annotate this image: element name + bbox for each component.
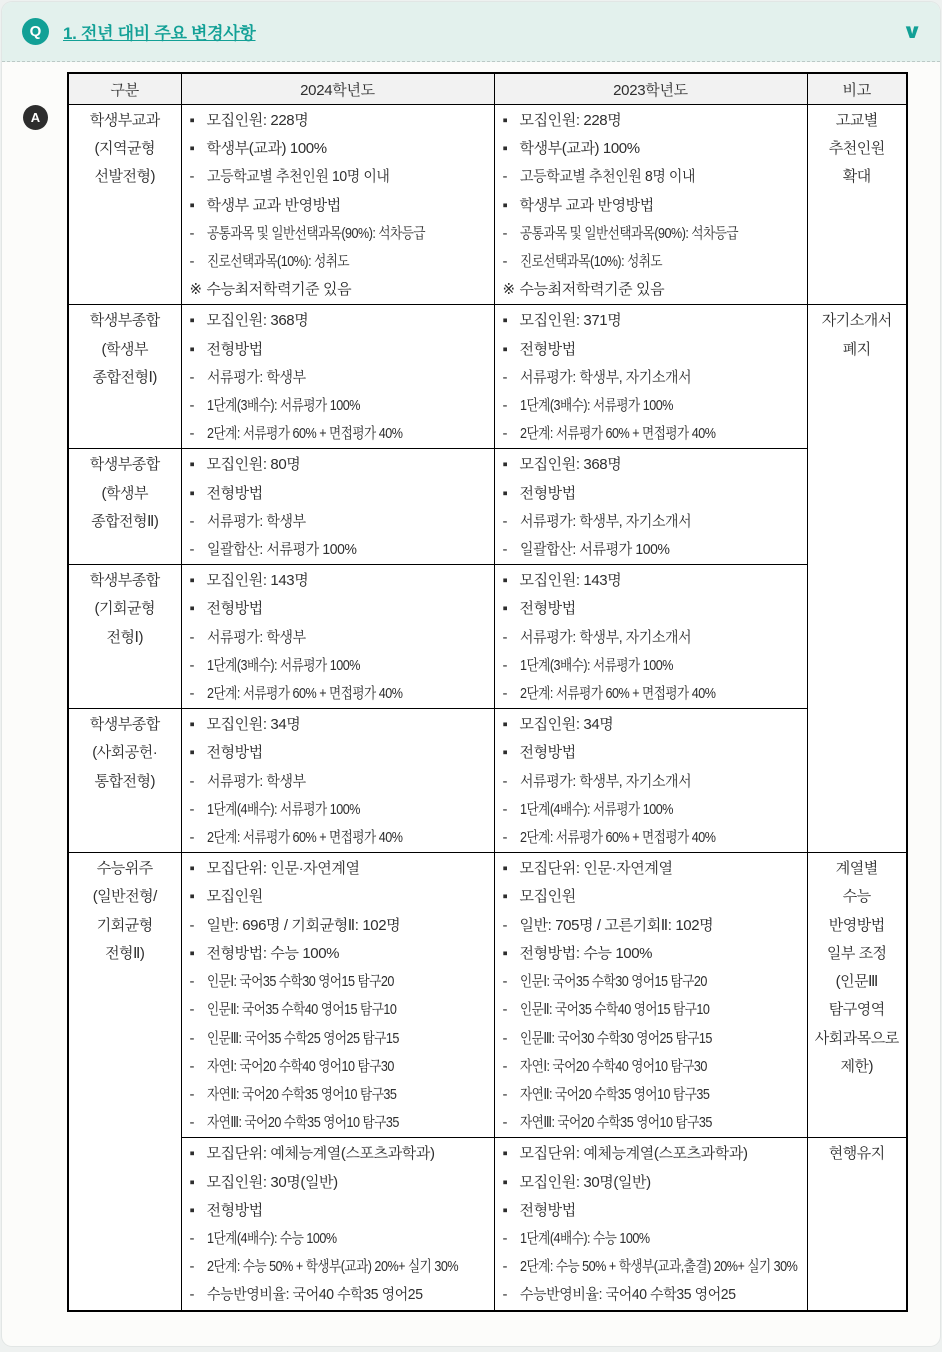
content-text: 서류평가: 학생부 xyxy=(207,508,306,536)
content-line: ▪전형방법 xyxy=(190,1197,492,1225)
content-line: ▪전형방법: 수능 100% xyxy=(503,940,805,968)
bullet-marker: ▪ xyxy=(503,135,520,163)
bullet-marker: - xyxy=(503,680,520,708)
bullet-marker: ▪ xyxy=(190,135,207,163)
content-text: 전형방법 xyxy=(207,739,263,767)
category-line: 종합전형Ⅱ) xyxy=(69,508,181,536)
content-line: -2단계: 서류평가 60% + 면접평가 40% xyxy=(190,680,492,708)
content-line: -자연Ⅱ: 국어20 수학35 영어10 탐구35 xyxy=(190,1081,492,1109)
note-line: 제한) xyxy=(808,1053,907,1081)
bullet-marker: ▪ xyxy=(190,567,207,595)
bullet-marker: - xyxy=(190,364,207,392)
content-text: 자연Ⅱ: 국어20 수학35 영어10 탐구35 xyxy=(520,1081,709,1109)
bullet-marker: ▪ xyxy=(503,107,520,135)
content-line: -1단계(4배수): 수능 100% xyxy=(190,1225,492,1253)
table-row: 학생부종합(학생부종합전형Ⅰ)▪모집인원: 368명▪전형방법-서류평가: 학생… xyxy=(68,305,907,449)
bullet-marker: - xyxy=(190,248,207,276)
bullet-marker: - xyxy=(503,1225,520,1253)
content-text: 1단계(4배수): 서류평가 100% xyxy=(207,796,360,824)
bullet-marker: ▪ xyxy=(190,855,207,883)
bullet-marker: ▪ xyxy=(503,1169,520,1197)
content-text: 전형방법 xyxy=(520,595,576,623)
content-line: -서류평가: 학생부 xyxy=(190,364,492,392)
category-line: 학생부종합 xyxy=(69,307,181,335)
bullet-marker: - xyxy=(503,1081,520,1109)
note-cell: 자기소개서폐지 xyxy=(807,305,907,853)
content-text: 모집단위: 예체능계열(스포츠과학과) xyxy=(520,1140,748,1168)
bullet-marker: - xyxy=(503,968,520,996)
category-line: 선발전형) xyxy=(69,163,181,191)
content-line: -인문Ⅱ: 국어35 수학40 영어15 탐구10 xyxy=(503,996,805,1024)
bullet-marker: - xyxy=(190,1253,207,1281)
content-text: 서류평가: 학생부 xyxy=(207,768,306,796)
bullet-marker: ▪ xyxy=(503,451,520,479)
bullet-marker: ▪ xyxy=(190,711,207,739)
content-line: -수능반영비율: 국어40 수학35 영어25 xyxy=(503,1281,805,1309)
content-text: 1단계(4배수): 수능 100% xyxy=(520,1225,650,1253)
bullet-marker: - xyxy=(503,796,520,824)
cell-2023: ▪모집인원: 371명▪전형방법-서류평가: 학생부, 자기소개서-1단계(3배… xyxy=(494,305,807,449)
bullet-marker: ▪ xyxy=(503,940,520,968)
category-line: (학생부 xyxy=(69,480,181,508)
bullet-marker: - xyxy=(190,1053,207,1081)
content-text: 일반: 696명 / 기회균형Ⅱ: 102명 xyxy=(207,912,401,940)
bullet-marker: - xyxy=(503,420,520,448)
content-text: 진로선택과목(10%): 성취도 xyxy=(207,248,349,276)
content-text: 공통과목 및 일반선택과목(90%): 석차등급 xyxy=(207,220,425,248)
note-cell: 현행유지 xyxy=(807,1138,907,1311)
bullet-marker: - xyxy=(190,796,207,824)
note-line: 자기소개서 xyxy=(808,307,907,335)
table-body: 학생부교과(지역균형선발전형)▪모집인원: 228명▪학생부(교과) 100%-… xyxy=(68,105,907,1311)
content-line: -2단계: 서류평가 60% + 면접평가 40% xyxy=(503,420,805,448)
content-text: 일괄합산: 서류평가 100% xyxy=(207,536,357,564)
bullet-marker: - xyxy=(503,996,520,1024)
bullet-marker: - xyxy=(190,163,207,191)
content-text: 자연Ⅰ: 국어20 수학40 영어10 탐구30 xyxy=(520,1053,707,1081)
note-line: 폐지 xyxy=(808,336,907,364)
category-line: 종합전형Ⅰ) xyxy=(69,364,181,392)
bullet-marker: - xyxy=(190,1109,207,1137)
table-row: ▪모집단위: 예체능계열(스포츠과학과)▪모집인원: 30명(일반)▪전형방법-… xyxy=(68,1138,907,1311)
table-row: 학생부종합(사회공헌·통합전형)▪모집인원: 34명▪전형방법-서류평가: 학생… xyxy=(68,709,907,853)
content-text: 모집인원: 371명 xyxy=(520,307,622,335)
bullet-marker: - xyxy=(503,364,520,392)
content-line: -서류평가: 학생부 xyxy=(190,624,492,652)
content-text: 학생부(교과) 100% xyxy=(207,135,327,163)
bullet-marker: - xyxy=(190,1025,207,1053)
bullet-marker: ▪ xyxy=(503,480,520,508)
content-line: -고등학교별 추천인원 8명 이내 xyxy=(503,163,805,191)
cell-2023: ▪모집단위: 예체능계열(스포츠과학과)▪모집인원: 30명(일반)▪전형방법-… xyxy=(494,1138,807,1311)
category-line: 학생부종합 xyxy=(69,451,181,479)
content-line: ▪모집인원: 30명(일반) xyxy=(503,1169,805,1197)
content-line: ▪모집인원: 228명 xyxy=(190,107,492,135)
content-line: ▪전형방법 xyxy=(190,480,492,508)
category-cell: 학생부종합(기회균형전형Ⅰ) xyxy=(68,565,181,709)
content-line: ▪모집인원 xyxy=(503,883,805,911)
bullet-marker: ▪ xyxy=(503,739,520,767)
content-line: -2단계: 서류평가 60% + 면접평가 40% xyxy=(190,420,492,448)
bullet-marker: - xyxy=(503,652,520,680)
content-line: -1단계(4배수): 서류평가 100% xyxy=(503,796,805,824)
content-line: -인문Ⅰ: 국어35 수학30 영어15 탐구20 xyxy=(190,968,492,996)
bullet-marker: - xyxy=(190,1081,207,1109)
category-line: (학생부 xyxy=(69,336,181,364)
content-text: 학생부 교과 반영방법 xyxy=(207,192,341,220)
content-line: ▪모집인원: 143명 xyxy=(190,567,492,595)
content-line: -자연Ⅲ: 국어20 수학35 영어10 탐구35 xyxy=(503,1109,805,1137)
bullet-marker: - xyxy=(190,768,207,796)
category-line: 학생부교과 xyxy=(69,107,181,135)
bullet-marker: ▪ xyxy=(503,336,520,364)
content-line: ▪모집인원: 80명 xyxy=(190,451,492,479)
category-line: (지역균형 xyxy=(69,135,181,163)
content-text: 모집인원 xyxy=(520,883,576,911)
bullet-marker: ▪ xyxy=(503,1197,520,1225)
bullet-marker: ▪ xyxy=(190,336,207,364)
content-text: 모집단위: 인문·자연계열 xyxy=(207,855,360,883)
content-text: 모집인원: 80명 xyxy=(207,451,301,479)
content-text: 서류평가: 학생부, 자기소개서 xyxy=(520,624,691,652)
content-text: 수능반영비율: 국어40 수학35 영어25 xyxy=(520,1281,736,1309)
cell-2024: ▪모집인원: 228명▪학생부(교과) 100%-고등학교별 추천인원 10명 … xyxy=(181,105,494,305)
bullet-marker: ▪ xyxy=(503,192,520,220)
question-badge: Q xyxy=(22,18,49,45)
content-line: ▪모집인원: 228명 xyxy=(503,107,805,135)
bullet-marker: - xyxy=(190,912,207,940)
content-line: ※수능최저학력기준 있음 xyxy=(190,276,492,304)
bullet-marker: - xyxy=(503,824,520,852)
bullet-marker: - xyxy=(190,968,207,996)
table-row: 수능위주(일반전형/기회균형전형Ⅱ)▪모집단위: 인문·자연계열▪모집인원-일반… xyxy=(68,853,907,1138)
category-line: 학생부종합 xyxy=(69,567,181,595)
content-line: -서류평가: 학생부 xyxy=(190,768,492,796)
note-line: 수능 xyxy=(808,883,907,911)
bullet-marker: ▪ xyxy=(503,1140,520,1168)
content-text: 고등학교별 추천인원 8명 이내 xyxy=(520,163,695,191)
bullet-marker: ▪ xyxy=(190,480,207,508)
content-text: 모집인원: 368명 xyxy=(520,451,622,479)
content-line: ▪전형방법 xyxy=(190,336,492,364)
content-text: 고등학교별 추천인원 10명 이내 xyxy=(207,163,390,191)
note-line: 반영방법 xyxy=(808,912,907,940)
content-text: 인문Ⅱ: 국어35 수학40 영어15 탐구10 xyxy=(520,996,709,1024)
content-text: 모집인원: 143명 xyxy=(520,567,622,595)
cell-2024: ▪모집인원: 34명▪전형방법-서류평가: 학생부-1단계(4배수): 서류평가… xyxy=(181,709,494,853)
answer-badge-label: A xyxy=(31,110,40,125)
content-line: -일괄합산: 서류평가 100% xyxy=(190,536,492,564)
content-text: 자연Ⅰ: 국어20 수학40 영어10 탐구30 xyxy=(207,1053,394,1081)
content-text: 서류평가: 학생부, 자기소개서 xyxy=(520,364,691,392)
content-line: -서류평가: 학생부, 자기소개서 xyxy=(503,508,805,536)
content-text: 인문Ⅰ: 국어35 수학30 영어15 탐구20 xyxy=(520,968,707,996)
content-text: 2단계: 서류평가 60% + 면접평가 40% xyxy=(520,420,715,448)
column-header-2023: 2023학년도 xyxy=(494,73,807,105)
content-line: -1단계(3배수): 서류평가 100% xyxy=(503,392,805,420)
content-text: 2단계: 수능 50% + 학생부(교과) 20%+ 실기 30% xyxy=(207,1253,458,1281)
content-text: 모집인원: 143명 xyxy=(207,567,309,595)
content-line: -자연Ⅲ: 국어20 수학35 영어10 탐구35 xyxy=(190,1109,492,1137)
note-cell: 고교별추천인원확대 xyxy=(807,105,907,305)
note-line: 확대 xyxy=(808,163,907,191)
content-line: ▪모집단위: 인문·자연계열 xyxy=(190,855,492,883)
content-line: ▪모집인원: 34명 xyxy=(503,711,805,739)
content-line: -인문Ⅱ: 국어35 수학40 영어15 탐구10 xyxy=(190,996,492,1024)
cell-2023: ▪모집인원: 228명▪학생부(교과) 100%-고등학교별 추천인원 8명 이… xyxy=(494,105,807,305)
bullet-marker: - xyxy=(190,392,207,420)
content-line: ▪모집인원: 143명 xyxy=(503,567,805,595)
column-header-note: 비고 xyxy=(807,73,907,105)
content-line: -자연Ⅱ: 국어20 수학35 영어10 탐구35 xyxy=(503,1081,805,1109)
bullet-marker: ※ xyxy=(190,276,207,304)
content-text: 일반: 705명 / 고른기회Ⅱ: 102명 xyxy=(520,912,714,940)
content-line: -1단계(3배수): 서류평가 100% xyxy=(190,652,492,680)
content-text: 전형방법: 수능 100% xyxy=(207,940,340,968)
changes-table: 구분 2024학년도 2023학년도 비고 학생부교과(지역균형선발전형)▪모집… xyxy=(67,72,908,1312)
cell-2023: ▪모집인원: 143명▪전형방법-서류평가: 학생부, 자기소개서-1단계(3배… xyxy=(494,565,807,709)
content-text: 인문Ⅲ: 국어30 수학30 영어25 탐구15 xyxy=(520,1025,712,1053)
content-text: 1단계(3배수): 서류평가 100% xyxy=(520,392,673,420)
bullet-marker: - xyxy=(190,652,207,680)
content-text: 2단계: 서류평가 60% + 면접평가 40% xyxy=(207,824,402,852)
content-text: 모집인원 xyxy=(207,883,263,911)
bullet-marker: - xyxy=(190,420,207,448)
bullet-marker: ▪ xyxy=(190,1169,207,1197)
content-text: 자연Ⅲ: 국어20 수학35 영어10 탐구35 xyxy=(207,1109,399,1137)
bullet-marker: ▪ xyxy=(190,883,207,911)
answer-badge: A xyxy=(23,105,48,130)
bullet-marker: - xyxy=(503,220,520,248)
content-line: -2단계: 서류평가 60% + 면접평가 40% xyxy=(503,680,805,708)
bullet-marker: - xyxy=(190,536,207,564)
content-line: -서류평가: 학생부 xyxy=(190,508,492,536)
content-text: 학생부 교과 반영방법 xyxy=(520,192,654,220)
content-text: 전형방법 xyxy=(520,739,576,767)
content-text: 수능최저학력기준 있음 xyxy=(520,276,665,304)
content-text: 모집인원: 368명 xyxy=(207,307,309,335)
content-text: 모집인원: 30명(일반) xyxy=(207,1169,338,1197)
bullet-marker: ▪ xyxy=(190,1197,207,1225)
note-line: 현행유지 xyxy=(808,1140,907,1168)
content-line: ▪학생부(교과) 100% xyxy=(190,135,492,163)
content-line: ▪모집인원 xyxy=(190,883,492,911)
bullet-marker: - xyxy=(503,1253,520,1281)
category-line: 통합전형) xyxy=(69,768,181,796)
note-line: 계열별 xyxy=(808,855,907,883)
content-text: 수능반영비율: 국어40 수학35 영어25 xyxy=(207,1281,423,1309)
note-cell: 계열별수능반영방법일부 조정(인문Ⅲ탐구영역사회과목으로제한) xyxy=(807,853,907,1138)
bullet-marker: - xyxy=(503,392,520,420)
content-line: ▪전형방법: 수능 100% xyxy=(190,940,492,968)
content-text: 1단계(4배수): 서류평가 100% xyxy=(520,796,673,824)
chevron-down-icon[interactable]: ∨ xyxy=(902,22,922,42)
bullet-marker: ▪ xyxy=(503,855,520,883)
note-line: 사회과목으로 xyxy=(808,1025,907,1053)
content-text: 인문Ⅲ: 국어35 수학25 영어25 탐구15 xyxy=(207,1025,399,1053)
category-line: (기회균형 xyxy=(69,595,181,623)
bullet-marker: - xyxy=(190,996,207,1024)
table-row: 학생부종합(기회균형전형Ⅰ)▪모집인원: 143명▪전형방법-서류평가: 학생부… xyxy=(68,565,907,709)
bullet-marker: - xyxy=(190,220,207,248)
content-line: -서류평가: 학생부, 자기소개서 xyxy=(503,624,805,652)
bullet-marker: - xyxy=(503,508,520,536)
category-line: (사회공헌· xyxy=(69,739,181,767)
content-line: ▪학생부 교과 반영방법 xyxy=(190,192,492,220)
column-header-2024: 2024학년도 xyxy=(181,73,494,105)
content-text: 서류평가: 학생부 xyxy=(207,624,306,652)
content-line: ▪모집인원: 30명(일반) xyxy=(190,1169,492,1197)
content-text: 모집단위: 인문·자연계열 xyxy=(520,855,673,883)
bullet-marker: - xyxy=(190,624,207,652)
category-cell: 학생부종합(사회공헌·통합전형) xyxy=(68,709,181,853)
category-cell: 학생부교과(지역균형선발전형) xyxy=(68,105,181,305)
bullet-marker: ▪ xyxy=(190,107,207,135)
content-text: 공통과목 및 일반선택과목(90%): 석차등급 xyxy=(520,220,738,248)
bullet-marker: ▪ xyxy=(503,595,520,623)
question-title[interactable]: 1. 전년 대비 주요 변경사항 xyxy=(63,19,256,44)
content-line: ▪전형방법 xyxy=(503,1197,805,1225)
note-line: (인문Ⅲ xyxy=(808,968,907,996)
content-text: 자연Ⅱ: 국어20 수학35 영어10 탐구35 xyxy=(207,1081,396,1109)
content-text: 1단계(4배수): 수능 100% xyxy=(207,1225,337,1253)
content-line: -수능반영비율: 국어40 수학35 영어25 xyxy=(190,1281,492,1309)
content-line: ▪전형방법 xyxy=(503,336,805,364)
content-line: ▪전형방법 xyxy=(503,595,805,623)
bullet-marker: - xyxy=(503,1109,520,1137)
bullet-marker: ▪ xyxy=(503,567,520,595)
bullet-marker: ▪ xyxy=(190,595,207,623)
bullet-marker: ※ xyxy=(503,276,520,304)
bullet-marker: ▪ xyxy=(190,307,207,335)
content-text: 학생부(교과) 100% xyxy=(520,135,640,163)
content-text: 인문Ⅱ: 국어35 수학40 영어15 탐구10 xyxy=(207,996,396,1024)
content-line: ▪전형방법 xyxy=(190,739,492,767)
content-line: ▪학생부(교과) 100% xyxy=(503,135,805,163)
bullet-marker: - xyxy=(503,536,520,564)
cell-2024: ▪모집인원: 143명▪전형방법-서류평가: 학생부-1단계(3배수): 서류평… xyxy=(181,565,494,709)
content-line: -일괄합산: 서류평가 100% xyxy=(503,536,805,564)
content-text: 2단계: 서류평가 60% + 면접평가 40% xyxy=(520,680,715,708)
content-text: 2단계: 서류평가 60% + 면접평가 40% xyxy=(520,824,715,852)
bullet-marker: ▪ xyxy=(190,739,207,767)
bullet-marker: - xyxy=(503,624,520,652)
content-line: -일반: 705명 / 고른기회Ⅱ: 102명 xyxy=(503,912,805,940)
content-line: -인문Ⅰ: 국어35 수학30 영어15 탐구20 xyxy=(503,968,805,996)
bullet-marker: ▪ xyxy=(190,1140,207,1168)
content-line: -1단계(4배수): 수능 100% xyxy=(503,1225,805,1253)
category-line: 전형Ⅰ) xyxy=(69,624,181,652)
content-line: -서류평가: 학생부, 자기소개서 xyxy=(503,364,805,392)
content-text: 전형방법 xyxy=(207,480,263,508)
content-text: 전형방법 xyxy=(520,480,576,508)
content-text: 모집단위: 예체능계열(스포츠과학과) xyxy=(207,1140,435,1168)
category-line: 전형Ⅱ) xyxy=(69,940,181,968)
content-text: 전형방법 xyxy=(520,336,576,364)
content-text: 2단계: 수능 50% + 학생부(교과,출결) 20%+ 실기 30% xyxy=(520,1253,797,1281)
note-line: 일부 조정 xyxy=(808,940,907,968)
bullet-marker: - xyxy=(503,912,520,940)
bullet-marker: - xyxy=(503,248,520,276)
cell-2023: ▪모집인원: 34명▪전형방법-서류평가: 학생부, 자기소개서-1단계(4배수… xyxy=(494,709,807,853)
content-line: -자연Ⅰ: 국어20 수학40 영어10 탐구30 xyxy=(190,1053,492,1081)
bullet-marker: ▪ xyxy=(190,940,207,968)
content-line: ▪모집단위: 예체능계열(스포츠과학과) xyxy=(190,1140,492,1168)
cell-2023: ▪모집단위: 인문·자연계열▪모집인원-일반: 705명 / 고른기회Ⅱ: 10… xyxy=(494,853,807,1138)
bullet-marker: - xyxy=(190,508,207,536)
content-text: 모집인원: 228명 xyxy=(520,107,622,135)
content-text: 진로선택과목(10%): 성취도 xyxy=(520,248,662,276)
content-line: -1단계(3배수): 서류평가 100% xyxy=(503,652,805,680)
table-row: 학생부교과(지역균형선발전형)▪모집인원: 228명▪학생부(교과) 100%-… xyxy=(68,105,907,305)
category-line: 기회균형 xyxy=(69,912,181,940)
bullet-marker: - xyxy=(190,824,207,852)
content-line: -2단계: 서류평가 60% + 면접평가 40% xyxy=(503,824,805,852)
content-line: -일반: 696명 / 기회균형Ⅱ: 102명 xyxy=(190,912,492,940)
content-text: 전형방법: 수능 100% xyxy=(520,940,653,968)
content-line: -서류평가: 학생부, 자기소개서 xyxy=(503,768,805,796)
content-line: -1단계(3배수): 서류평가 100% xyxy=(190,392,492,420)
content-line: ▪모집단위: 인문·자연계열 xyxy=(503,855,805,883)
bullet-marker: - xyxy=(503,1053,520,1081)
content-text: 일괄합산: 서류평가 100% xyxy=(520,536,670,564)
content-line: ▪전형방법 xyxy=(503,480,805,508)
content-text: 모집인원: 34명 xyxy=(207,711,301,739)
content-text: 전형방법 xyxy=(207,595,263,623)
content-line: -진로선택과목(10%): 성취도 xyxy=(190,248,492,276)
bullet-marker: ▪ xyxy=(503,711,520,739)
bullet-marker: - xyxy=(190,1281,207,1309)
cell-2023: ▪모집인원: 368명▪전형방법-서류평가: 학생부, 자기소개서-일괄합산: … xyxy=(494,449,807,565)
page: Q 1. 전년 대비 주요 변경사항 ∨ A 구분 2024학년도 2023학년… xyxy=(0,0,942,1352)
content-text: 1단계(3배수): 서류평가 100% xyxy=(207,652,360,680)
content-text: 전형방법 xyxy=(520,1197,576,1225)
content-line: -2단계: 서류평가 60% + 면접평가 40% xyxy=(190,824,492,852)
category-line: 수능위주 xyxy=(69,855,181,883)
content-line: ▪모집인원: 34명 xyxy=(190,711,492,739)
content-line: ▪모집인원: 368명 xyxy=(190,307,492,335)
cell-2024: ▪모집단위: 예체능계열(스포츠과학과)▪모집인원: 30명(일반)▪전형방법-… xyxy=(181,1138,494,1311)
cell-2024: ▪모집인원: 80명▪전형방법-서류평가: 학생부-일괄합산: 서류평가 100… xyxy=(181,449,494,565)
cell-2024: ▪모집인원: 368명▪전형방법-서류평가: 학생부-1단계(3배수): 서류평… xyxy=(181,305,494,449)
category-line: (일반전형/ xyxy=(69,883,181,911)
bullet-marker: - xyxy=(190,680,207,708)
content-text: 서류평가: 학생부, 자기소개서 xyxy=(520,508,691,536)
content-text: 서류평가: 학생부, 자기소개서 xyxy=(520,768,691,796)
content-line: ▪모집단위: 예체능계열(스포츠과학과) xyxy=(503,1140,805,1168)
note-line: 고교별 xyxy=(808,107,907,135)
content-line: ▪모집인원: 371명 xyxy=(503,307,805,335)
category-cell: 수능위주(일반전형/기회균형전형Ⅱ) xyxy=(68,853,181,1311)
note-line: 추천인원 xyxy=(808,135,907,163)
content-line: -자연Ⅰ: 국어20 수학40 영어10 탐구30 xyxy=(503,1053,805,1081)
content-line: -고등학교별 추천인원 10명 이내 xyxy=(190,163,492,191)
content-line: ▪모집인원: 368명 xyxy=(503,451,805,479)
content-text: 전형방법 xyxy=(207,336,263,364)
content-text: 수능최저학력기준 있음 xyxy=(207,276,352,304)
category-cell: 학생부종합(학생부종합전형Ⅰ) xyxy=(68,305,181,449)
bullet-marker: - xyxy=(503,163,520,191)
bullet-marker: ▪ xyxy=(190,451,207,479)
content-text: 모집인원: 30명(일반) xyxy=(520,1169,651,1197)
bullet-marker: ▪ xyxy=(503,307,520,335)
bullet-marker: - xyxy=(503,1025,520,1053)
content-text: 모집인원: 228명 xyxy=(207,107,309,135)
content-text: 1단계(3배수): 서류평가 100% xyxy=(207,392,360,420)
bullet-marker: - xyxy=(503,768,520,796)
accordion-header[interactable]: Q 1. 전년 대비 주요 변경사항 ∨ xyxy=(2,2,940,62)
content-card: Q 1. 전년 대비 주요 변경사항 ∨ A 구분 2024학년도 2023학년… xyxy=(2,2,940,1346)
